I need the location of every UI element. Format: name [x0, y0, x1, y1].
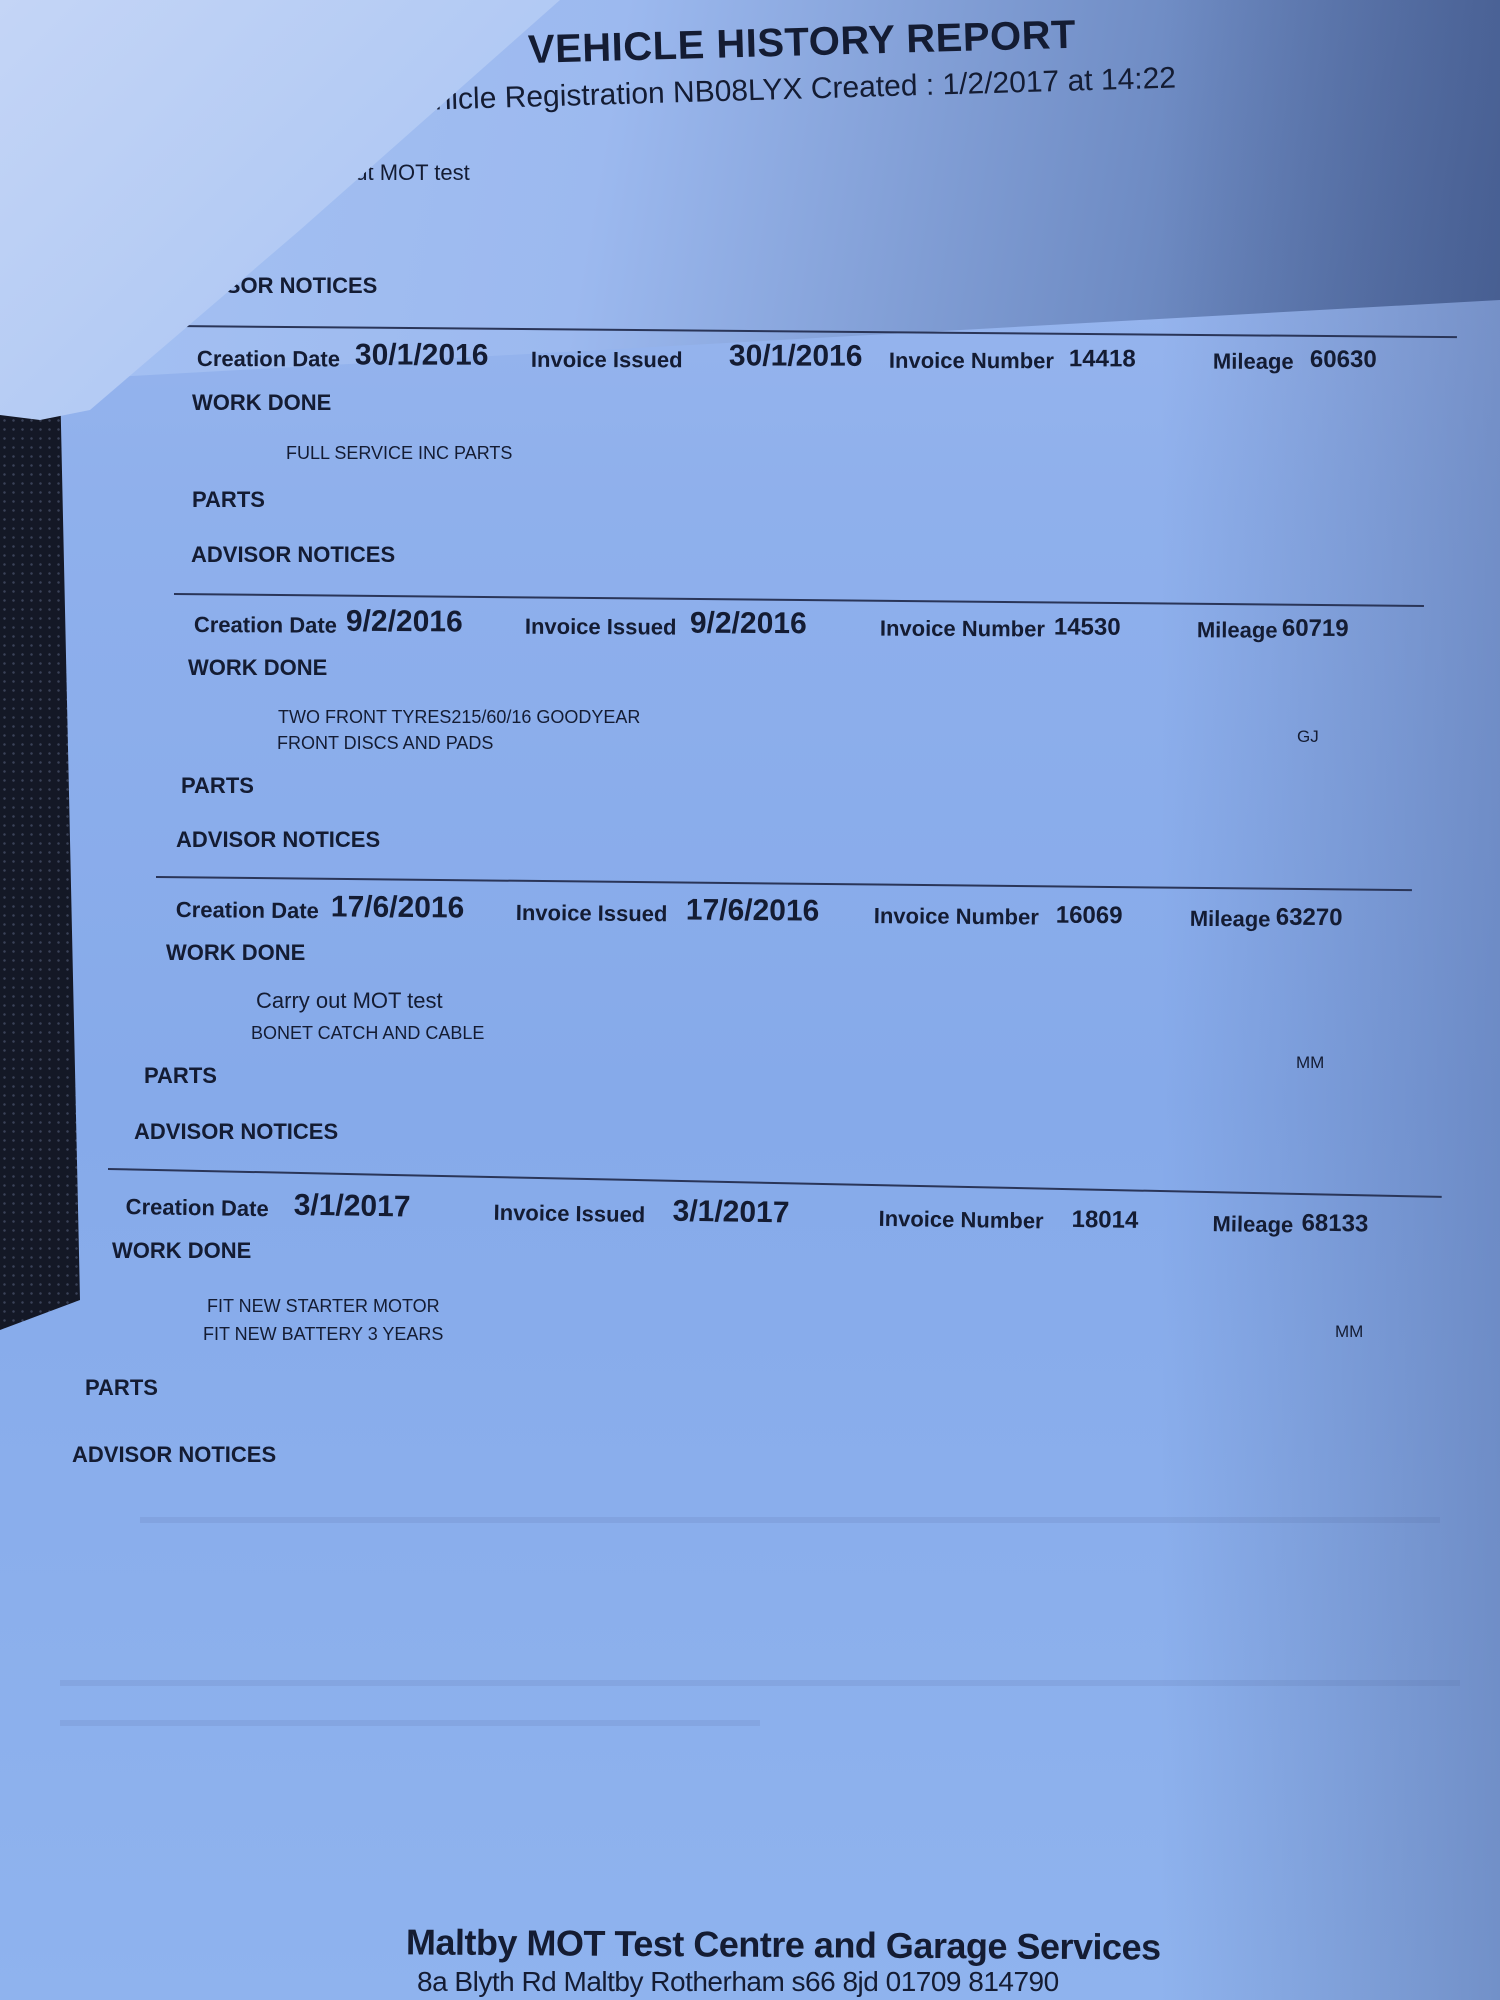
creation-date-label: Creation Date: [125, 1194, 268, 1222]
invoice-number-label: Invoice Number: [878, 1206, 1043, 1235]
work-item: TWO FRONT TYRES215/60/16 GOODYEAR: [278, 707, 640, 728]
work-done-heading: WORK DONE: [166, 940, 305, 966]
mileage-value: 60719: [1282, 615, 1349, 643]
bleed-through-line: [60, 1720, 760, 1726]
parts-heading: PARTS: [144, 1063, 217, 1089]
bleed-through-line: [60, 1680, 1460, 1686]
invoice-number-label: Invoice Number: [880, 616, 1045, 643]
invoice-issued-label: Invoice Issued: [493, 1200, 645, 1228]
mileage-label: Mileage: [1213, 349, 1294, 375]
invoice-number-value: 18014: [1071, 1206, 1138, 1235]
parts-heading: PARTS: [192, 487, 265, 513]
invoice-number-label: Invoice Number: [874, 903, 1039, 930]
parts-heading: PARTS: [181, 773, 254, 799]
mileage-value: 68133: [1301, 1209, 1368, 1238]
invoice-issued-label: Invoice Issued: [516, 900, 668, 927]
business-name: Maltby MOT Test Centre and Garage Servic…: [406, 1921, 1161, 1968]
invoice-issued-value: 17/6/2016: [686, 893, 820, 928]
invoice-number-value: 14418: [1069, 345, 1136, 373]
work-done-heading: WORK DONE: [188, 655, 327, 681]
advisor-notices-heading: ADVISOR NOTICES: [191, 542, 395, 568]
mileage-value: 63270: [1276, 904, 1343, 933]
mileage-label: Mileage: [1212, 1211, 1293, 1238]
technician-initials: MM: [1296, 1053, 1324, 1073]
creation-date-value: 30/1/2016: [355, 338, 489, 372]
mileage-label: Mileage: [1197, 617, 1278, 643]
work-done-heading: WORK DONE: [192, 390, 331, 416]
invoice-issued-value: 9/2/2016: [690, 607, 807, 642]
parts-heading: PARTS: [85, 1375, 158, 1401]
mileage-label: Mileage: [1190, 906, 1271, 933]
invoice-issued-label: Invoice Issued: [525, 614, 677, 641]
work-item: FIT NEW STARTER MOTOR: [207, 1296, 440, 1317]
creation-date-label: Creation Date: [197, 346, 340, 372]
work-item: FRONT DISCS AND PADS: [277, 733, 493, 754]
invoice-number-value: 14530: [1054, 614, 1121, 642]
invoice-number-label: Invoice Number: [889, 348, 1054, 374]
work-item: FIT NEW BATTERY 3 YEARS: [203, 1324, 443, 1345]
creation-date-value: 9/2/2016: [346, 605, 463, 640]
work-done-heading: WORK DONE: [112, 1238, 251, 1264]
work-item: Carry out MOT test: [256, 988, 443, 1014]
creation-date-value: 17/6/2016: [331, 890, 465, 925]
advisor-notices-heading: ADVISOR NOTICES: [72, 1442, 276, 1468]
advisor-notices-heading: ADVISOR NOTICES: [176, 827, 380, 853]
creation-date-label: Creation Date: [176, 897, 319, 924]
page-shadow: [1160, 0, 1500, 2000]
creation-date-value: 3/1/2017: [293, 1189, 410, 1225]
invoice-number-value: 16069: [1056, 902, 1123, 931]
advisor-notices-heading: ADVISOR NOTICES: [134, 1119, 338, 1145]
creation-date-label: Creation Date: [194, 612, 337, 639]
work-item: FULL SERVICE INC PARTS: [286, 443, 512, 464]
business-address: 8a Blyth Rd Maltby Rotherham s66 8jd 017…: [417, 1966, 1059, 1998]
invoice-issued-label: Invoice Issued: [531, 347, 683, 373]
technician-initials: MM: [1335, 1322, 1363, 1342]
technician-initials: GJ: [1297, 727, 1319, 747]
invoice-issued-value: 30/1/2016: [729, 339, 863, 373]
invoice-issued-value: 3/1/2017: [672, 1195, 789, 1231]
work-item: BONET CATCH AND CABLE: [251, 1023, 484, 1044]
mileage-value: 60630: [1310, 346, 1377, 374]
bleed-through-line: [140, 1517, 1440, 1523]
